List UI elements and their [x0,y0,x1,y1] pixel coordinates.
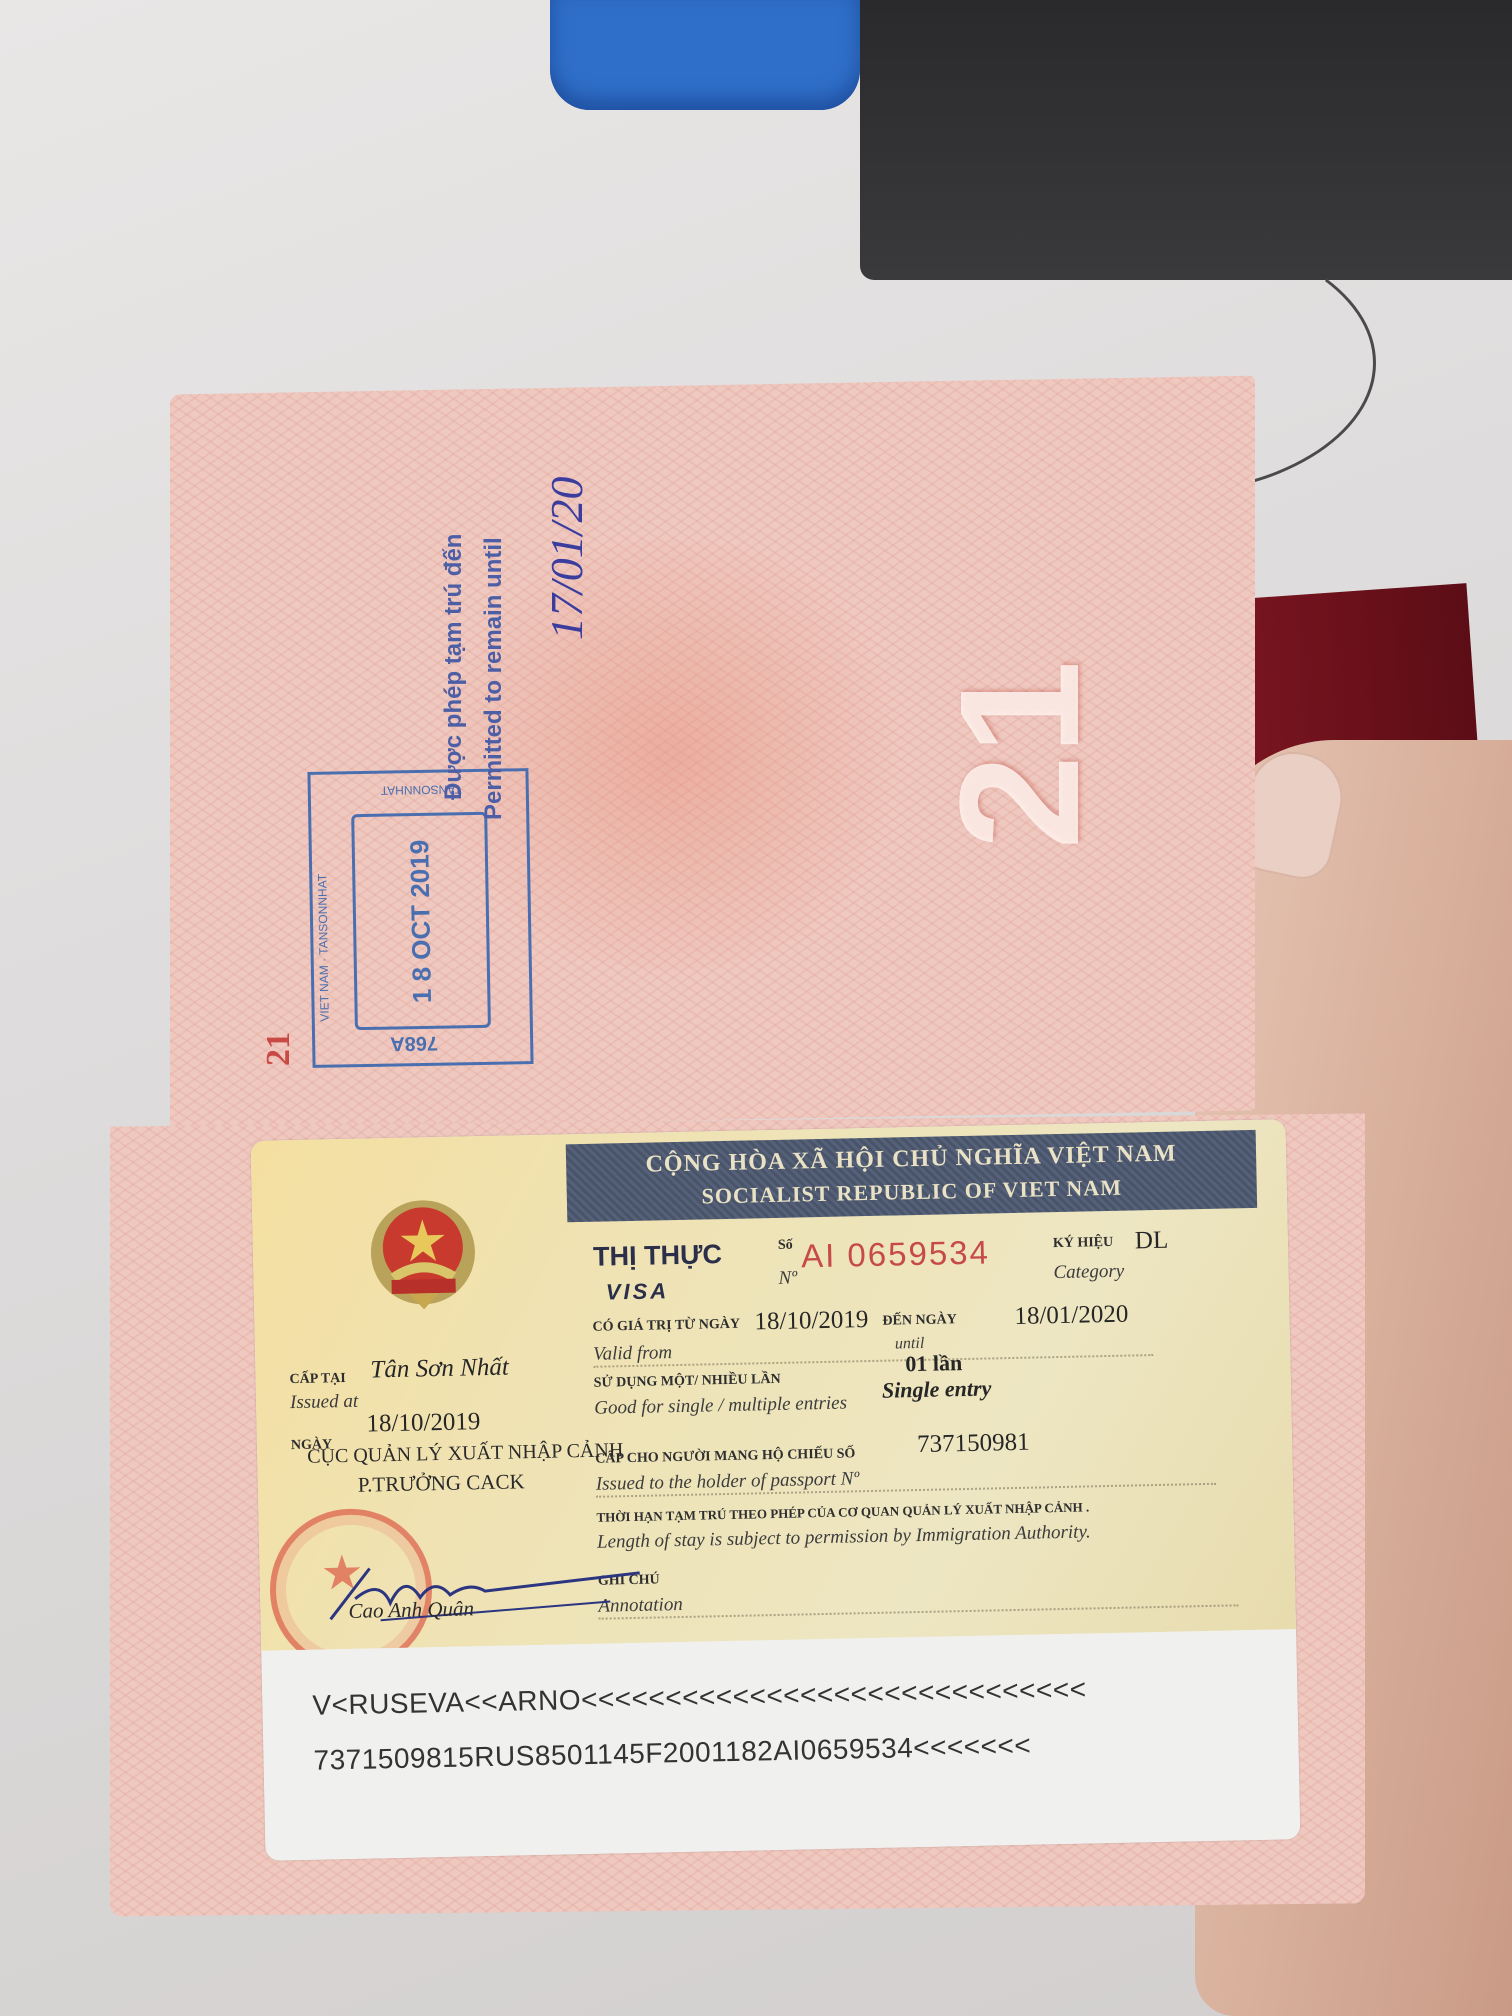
stamp-date: 1 8 OCT 2019 [404,816,439,1027]
issued-at-place: Tân Sơn Nhất [370,1354,509,1385]
machine-readable-zone: V<RUSEVA<<ARNO<<<<<<<<<<<<<<<<<<<<<<<<<<… [261,1629,1300,1861]
handwritten-date: 17/01/20 [540,380,593,640]
permit-stamp-english: Permitted to remain until [480,460,508,820]
issue-date: 18/10/2019 [366,1408,480,1438]
category-label-english: Category [1053,1261,1124,1284]
permit-stamp-vietnamese: Được phép tạm trú đến [440,440,468,800]
large-page-number: 21 [905,640,1135,870]
visa-sticker: CỘNG HÒA XÃ HỘI CHỦ NGHĨA VIỆT NAM SOCIA… [251,1119,1301,1861]
until-label: ĐẾN NGÀY [882,1312,957,1330]
visa-title: THỊ THỰC [593,1239,723,1273]
stamp-inner-frame: 1 8 OCT 2019 [351,812,491,1030]
issued-at-label-english: Issued at [290,1391,359,1414]
mrz-line-2: 7371509815RUS8501145F2001182AI0659534<<<… [313,1730,1031,1777]
issued-at-label: CẤP TẠI [289,1371,345,1388]
visa-header: CỘNG HÒA XÃ HỘI CHỦ NGHĨA VIỆT NAM SOCIA… [566,1130,1257,1222]
number-label: Số [778,1238,793,1254]
entries-type: Single entry [882,1375,992,1403]
mrz-line-1: V<RUSEVA<<ARNO<<<<<<<<<<<<<<<<<<<<<<<<<<… [312,1674,1087,1722]
stamp-code: 768A [390,1031,438,1055]
signer-name: Cao Anh Quân [348,1596,474,1624]
officer-title: P.TRƯỞNG CACK [358,1469,525,1497]
entries-count: 01 lần [905,1350,962,1377]
number-label-english: Nº [778,1268,797,1290]
valid-from-date: 18/10/2019 [754,1306,868,1336]
page-number-21: 21 [260,1032,298,1066]
category-value: DL [1135,1227,1169,1256]
visa-title-english: VISA [606,1278,670,1305]
visa-number: AI 0659534 [801,1233,991,1275]
coat-of-arms-icon [362,1196,484,1313]
passport-number: 737150981 [917,1429,1030,1459]
blue-object [550,0,860,110]
until-date: 18/01/2020 [1014,1301,1128,1331]
stamp-port: VIET NAM · TANSONNHAT [314,802,332,1022]
valid-from-label: CÓ GIÁ TRỊ TỪ NGÀY [592,1317,740,1336]
category-label: KÝ HIỆU [1053,1235,1114,1252]
